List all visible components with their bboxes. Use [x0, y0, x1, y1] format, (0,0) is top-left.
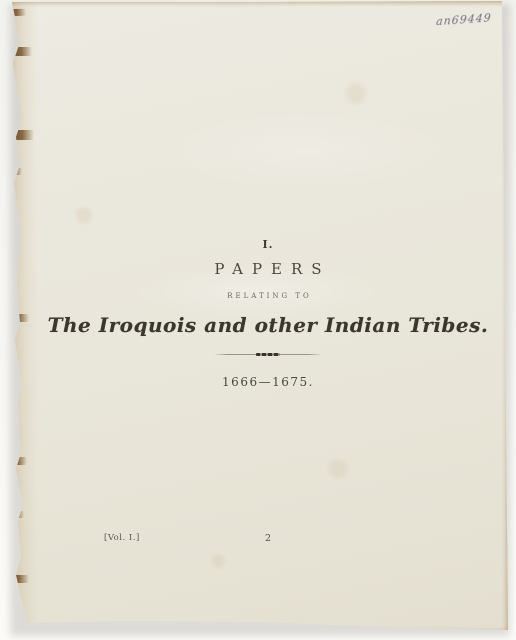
- decorative-rule-center: [256, 353, 280, 356]
- subheading-relating-to: RELATING TO: [17, 292, 516, 300]
- book-page: an69449 I. PAPERS RELATING TO The Iroquo…: [8, 1, 510, 635]
- main-title-blackletter: The Iroquois and other Indian Tribes.: [17, 313, 516, 337]
- section-numeral: I.: [17, 238, 516, 251]
- handwritten-shelfmark: an69449: [436, 11, 492, 28]
- photo-background: an69449 I. PAPERS RELATING TO The Iroquo…: [0, 0, 516, 640]
- date-range: 1666—1675.: [17, 375, 516, 389]
- heading-papers: PAPERS: [17, 260, 516, 278]
- page-number: 2: [17, 533, 516, 544]
- decorative-rule: [214, 353, 322, 356]
- sewing-notch: [6, 9, 26, 17]
